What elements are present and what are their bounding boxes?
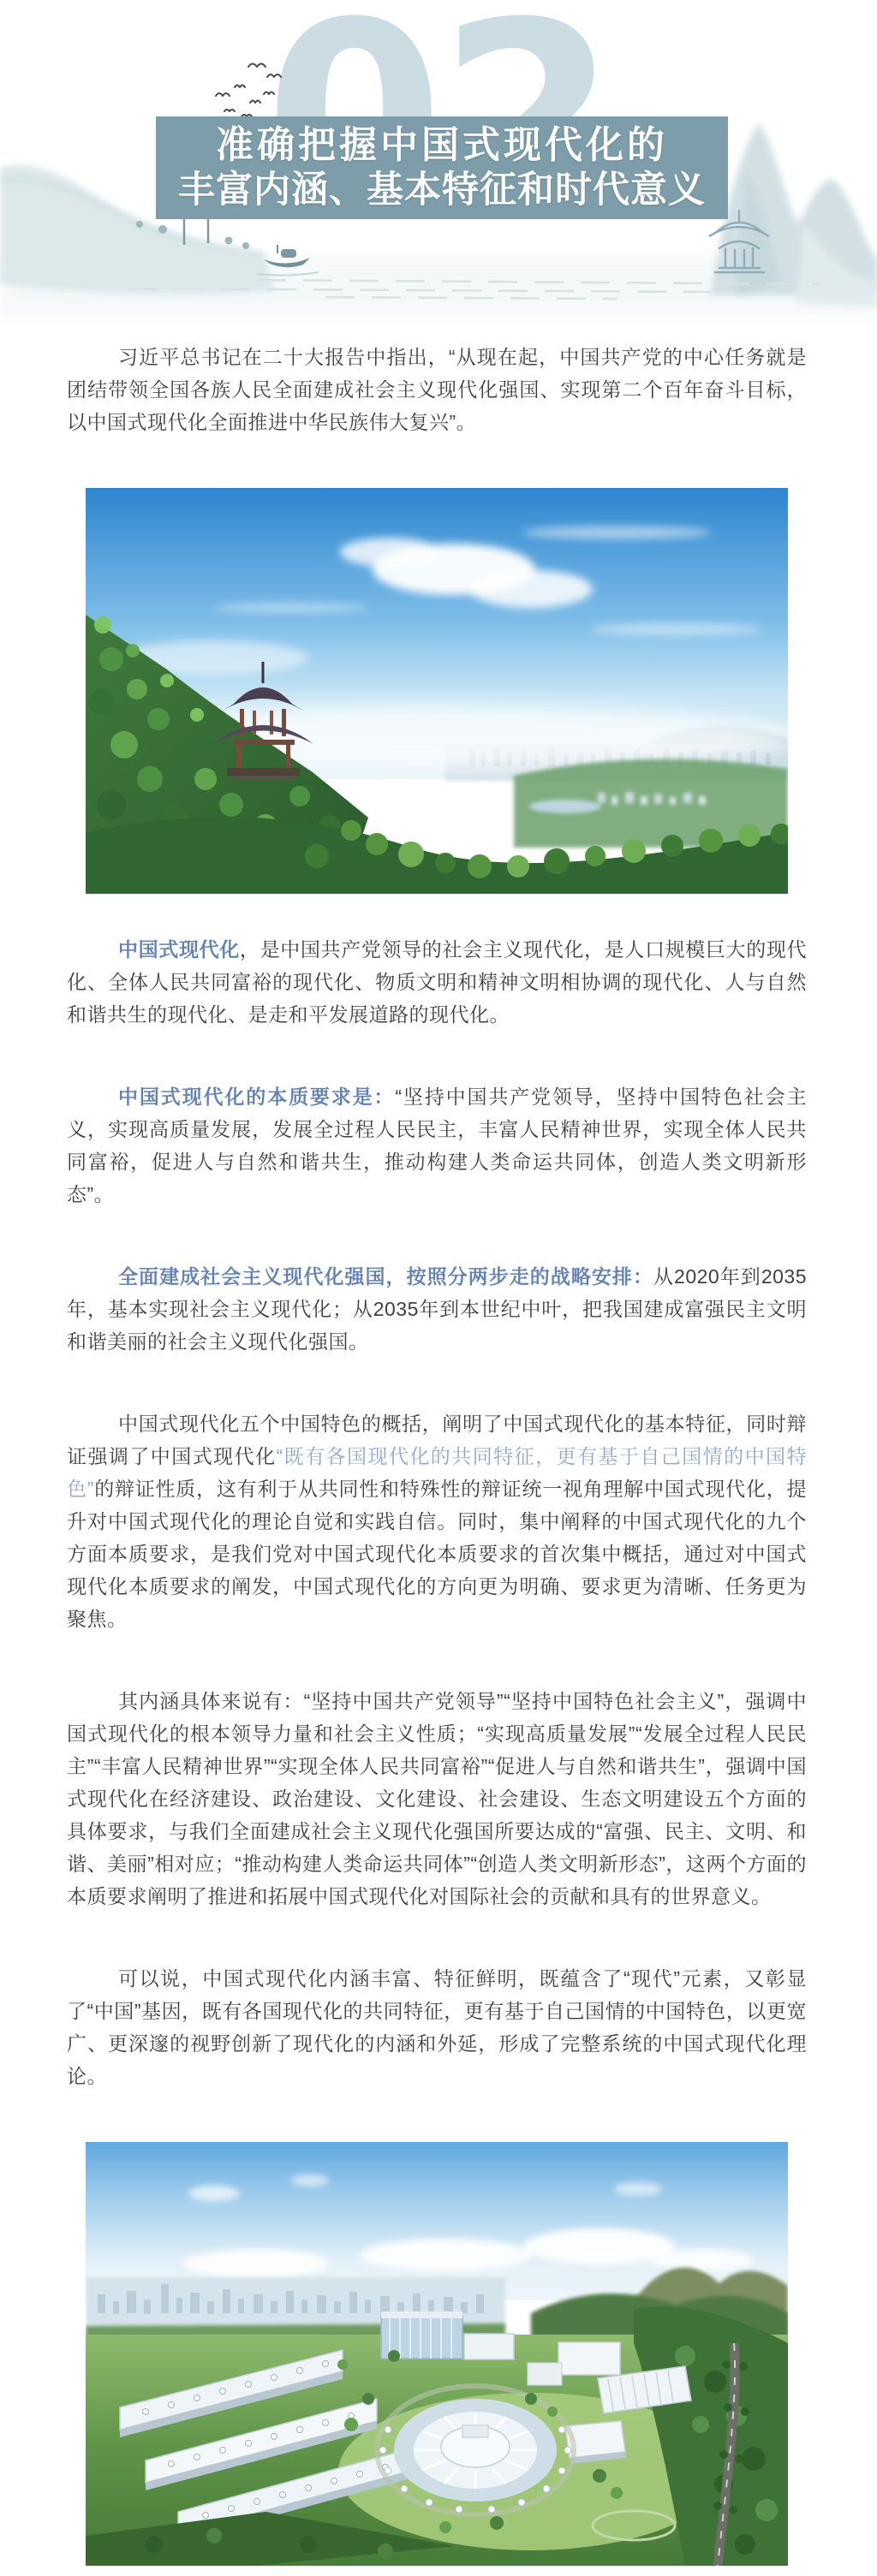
article-page: 02 bbox=[0, 0, 877, 2576]
paragraph-3: 中国式现代化的本质要求是：“坚持中国共产党领导，坚持中国特色社会主义，实现高质量… bbox=[67, 1080, 807, 1211]
landscape-photo bbox=[86, 488, 788, 894]
article-body: 习近平总书记在二十大报告中指出，“从现在起，中国共产党的中心任务就是团结带领全国… bbox=[0, 341, 877, 2566]
mountain-pavilion-city-photo bbox=[86, 488, 788, 894]
paragraph-7: 可以说，中国式现代化内涵丰富、特征鲜明，既蕴含了“现代”元素，又彰显了“中国”基… bbox=[67, 1962, 807, 2092]
circular-building bbox=[377, 2386, 574, 2514]
ink-mountain-right-icon bbox=[711, 122, 877, 308]
paragraph-3-lead: 中国式现代化的本质要求是： bbox=[118, 1086, 395, 1108]
page-title-line-2: 丰富内涵、基本特征和时代意义 bbox=[178, 168, 706, 212]
paragraph-6-text: 其内涵具体来说有：“坚持中国共产党领导”“坚持中国特色社会主义”，强调中国式现代… bbox=[67, 1690, 807, 1907]
title-box: 准确把握中国式现代化的 丰富内涵、基本特征和时代意义 bbox=[156, 116, 728, 219]
aerial-science-park-photo bbox=[86, 2142, 788, 2566]
paragraph-4: 全面建成社会主义现代化强国，按照分两步走的战略安排：从2020年到2035年，基… bbox=[67, 1260, 807, 1358]
paragraph-1-text: 习近平总书记在二十大报告中指出，“从现在起，中国共产党的中心任务就是团结带领全国… bbox=[67, 346, 807, 433]
paragraph-4-lead: 全面建成社会主义现代化强国，按照分两步走的战略安排： bbox=[118, 1265, 653, 1288]
paragraph-6: 其内涵具体来说有：“坚持中国共产党领导”“坚持中国特色社会主义”，强调中国式现代… bbox=[67, 1685, 807, 1913]
paragraph-5-text-post: 的辩证性质，这有利于从共同性和特殊性的辩证统一视角理解中国式现代化，提升对中国式… bbox=[67, 1478, 807, 1630]
paragraph-2-lead: 中国式现代化 bbox=[118, 938, 240, 961]
hero-header: 02 bbox=[0, 0, 877, 341]
aerial-campus-photo bbox=[86, 2142, 788, 2566]
paragraph-7-text: 可以说，中国式现代化内涵丰富、特征鲜明，既蕴含了“现代”元素，又彰显了“中国”基… bbox=[67, 1967, 807, 2087]
paragraph-2: 中国式现代化，是中国共产党领导的社会主义现代化，是人口规模巨大的现代化、全体人民… bbox=[67, 933, 807, 1031]
page-title-line-1: 准确把握中国式现代化的 bbox=[216, 123, 668, 168]
paragraph-1: 习近平总书记在二十大报告中指出，“从现在起，中国共产党的中心任务就是团结带领全国… bbox=[67, 341, 807, 438]
paragraph-5: 中国式现代化五个中国特色的概括，阐明了中国式现代化的基本特征，同时辩证强调了中国… bbox=[67, 1407, 807, 1635]
flying-birds-icon bbox=[216, 64, 281, 117]
